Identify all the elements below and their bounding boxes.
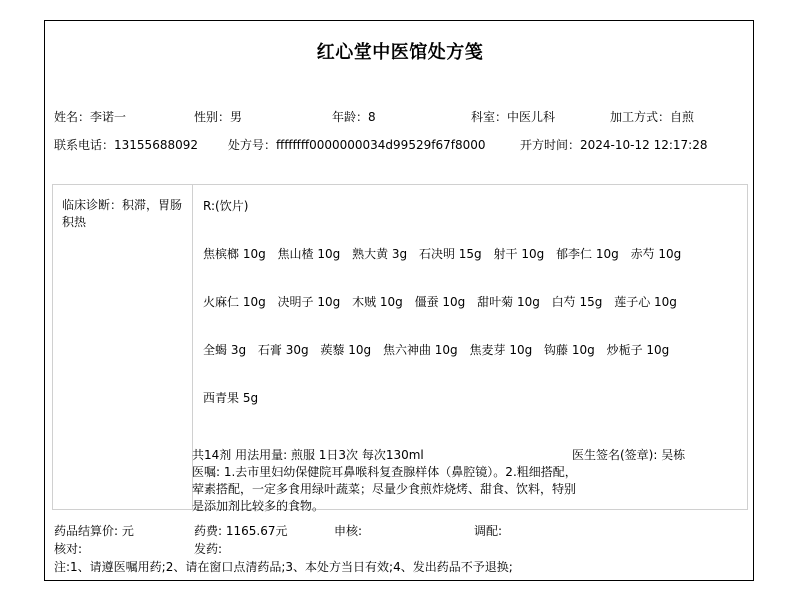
herb-row: 火麻仁 10g 决明子 10g 木贼 10g 僵蚕 10g 甜叶菊 10g 白芍… [203,293,685,310]
check-field: 核对: [54,540,82,557]
time-label: 开方时间： [520,138,580,152]
prescription-number: 处方号：ffffffff0000000034d99529f67f8000 [228,136,485,153]
herb-item: 焦槟榔 10g [203,247,266,261]
process-label: 加工方式： [610,110,670,124]
herb-item: 全蝎 3g [203,343,246,357]
herb-item: 决明子 10g [278,295,341,309]
patient-gender: 性别：男 [194,108,242,125]
name-value: 李诺一 [90,110,126,124]
department: 科室：中医儿科 [471,108,555,125]
herb-item: 木贼 10g [352,295,403,309]
patient-phone: 联系电话：13155688092 [54,136,198,153]
process-method: 加工方式：自煎 [610,108,694,125]
age-value: 8 [368,110,376,124]
issue-field: 发药: [194,540,222,557]
prescription-time: 开方时间：2024-10-12 12:17:28 [520,136,707,153]
phone-label: 联系电话： [54,138,114,152]
gender-label: 性别： [194,110,230,124]
process-value: 自煎 [670,110,694,124]
herb-item: 甜叶菊 10g [477,295,540,309]
dept-value: 中医儿科 [507,110,555,124]
herb-row: 焦槟榔 10g 焦山楂 10g 熟大黄 3g 石决明 15g 射干 10g 郁李… [203,245,689,262]
rx-no-value: ffffffff0000000034d99529f67f8000 [276,138,485,152]
rx-header: R:(饮片) [203,197,248,214]
settle-price: 药品结算价: 元 [54,522,134,539]
footer-note: 注:1、请遵医嘱用药;2、请在窗口点清药品;3、本处方当日有效;4、发出药品不予… [54,558,513,575]
drug-fee: 药费: 1165.67元 [194,522,287,539]
age-label: 年龄： [332,110,368,124]
review-field: 申核: [334,522,362,539]
herb-item: 石决明 15g [419,247,482,261]
usage-dosage: 共14剂 用法用量: 煎服 1日3次 每次130ml [192,446,424,463]
herb-item: 钩藤 10g [544,343,595,357]
page-title: 红心堂中医馆处方笺 [0,38,800,64]
clinical-diagnosis: 临床诊断：积滞，胃肠积热 [62,197,186,231]
herb-item: 郁李仁 10g [556,247,619,261]
phone-value: 13155688092 [114,138,198,152]
herb-item: 白芍 15g [552,295,603,309]
herb-item: 蒺藜 10g [320,343,371,357]
herb-row: 西青果 5g [203,389,266,406]
patient-name: 姓名：李诺一 [54,108,126,125]
herb-item: 焦六神曲 10g [383,343,458,357]
herb-item: 莲子心 10g [614,295,677,309]
herb-item: 射干 10g [494,247,545,261]
doctor-signature: 医生签名(签章): 吴栋 [572,446,685,463]
dept-label: 科室： [471,110,507,124]
dispense-prep-field: 调配: [474,522,502,539]
herb-row: 全蝎 3g 石膏 30g 蒺藜 10g 焦六神曲 10g 焦麦芽 10g 钩藤 … [203,341,677,358]
time-value: 2024-10-12 12:17:28 [580,138,707,152]
herb-item: 赤芍 10g [631,247,682,261]
herb-item: 焦麦芽 10g [470,343,533,357]
herb-item: 焦山楂 10g [278,247,341,261]
doctor-advice: 医嘱: 1.去市里妇幼保健院耳鼻喉科复查腺样体（鼻腔镜）。2.粗细搭配，荤素搭配… [192,464,582,515]
herb-item: 火麻仁 10g [203,295,266,309]
gender-value: 男 [230,110,242,124]
herb-item: 僵蚕 10g [415,295,466,309]
herb-item: 西青果 5g [203,391,258,405]
name-label: 姓名： [54,110,90,124]
patient-age: 年龄：8 [332,108,376,125]
rx-no-label: 处方号： [228,138,276,152]
herb-item: 炒栀子 10g [607,343,670,357]
herb-item: 熟大黄 3g [352,247,407,261]
herb-item: 石膏 30g [258,343,309,357]
